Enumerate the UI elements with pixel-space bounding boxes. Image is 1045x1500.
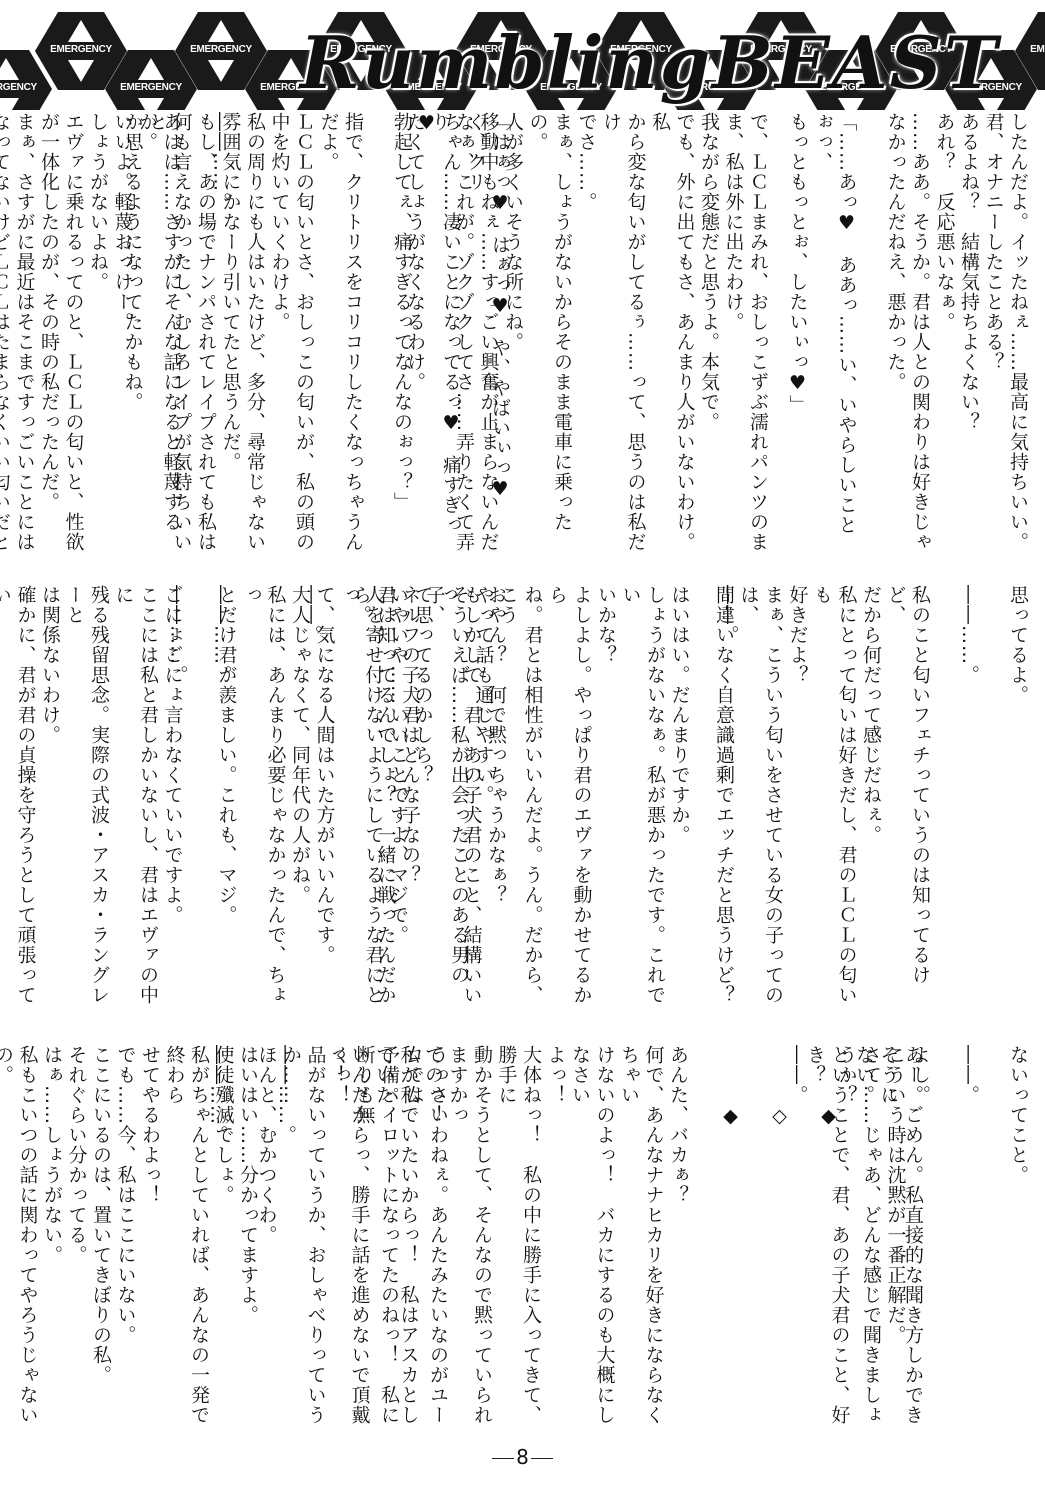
text-line: ないってこと。 — [1006, 1045, 1031, 1435]
text-line: でも……今、私はここにいない。 — [113, 1045, 138, 1435]
page-header-banner: EMERGENCYEMERGENCYEMERGENCYEMERGENCYEMER… — [0, 0, 1045, 110]
text-line — [932, 1045, 957, 1435]
text-line: ――。 — [300, 585, 325, 1005]
text-line: それぐらい分かってる。 — [64, 1045, 89, 1435]
page-number-dash-right — [531, 1458, 553, 1459]
emergency-label: EMERGENCY — [0, 82, 52, 93]
text-line: 君は知ってるんでしょ？ 一緒に戦ったんだから。 — [349, 585, 398, 1005]
page-title: RumblingBEAST — [300, 18, 1030, 108]
text-line: ここには私と君しかいないし、君はエヴァの中に — [111, 585, 160, 1005]
text-line: そういえば……私が出会ったことのある男の子、 — [422, 585, 471, 1005]
text-line: あんた、バカぁ？ — [666, 1045, 691, 1435]
text-band-middle: 思ってるよ。 ――……。 私のこと匂いフェチっていうのは知ってるけど、だから何だ… — [20, 585, 1030, 1005]
text-line — [324, 585, 349, 1005]
emergency-label: EMERGENCY — [35, 44, 127, 55]
text-line: しょうがないよね。 — [86, 112, 111, 552]
text-line: 私が私でいたいからっ！ 私はアスカとしていた — [372, 1045, 421, 1435]
text-column: ないってこと。 ――。 よし。こういう時は沈黙が一番正解だ。さて……じゃあ、どん… — [925, 1045, 1030, 1435]
text-line: もし、あの場でナンパされてレイプされても私は — [194, 112, 219, 552]
text-line — [981, 585, 1006, 1005]
text-line — [810, 1045, 835, 1435]
text-line: なぁ、これが。ゾクゾクしてさ……弄りたくて弄り — [427, 112, 476, 552]
text-line: はぁ……しょうがない。 — [40, 1045, 65, 1435]
text-line: でさ……。 — [574, 112, 599, 552]
text-line: 私には、あんまり必要じゃなかったんで、ちょっ — [239, 585, 288, 1005]
text-line: 残る残留思念。実際の式波・アスカ・ラングレーと — [62, 585, 111, 1005]
text-line: いんだからっ、勝手に話を進めないで頂戴っ！ — [323, 1045, 372, 1435]
text-line — [859, 112, 884, 552]
text-line: けないのよっ！ バカにするのも大概にしなさい — [568, 1045, 617, 1435]
triangle-up-icon — [0, 58, 19, 80]
text-line: 思ってるよ。 — [1006, 585, 1031, 1005]
triangle-down-icon — [138, 98, 164, 110]
triangle-up-icon — [68, 20, 94, 42]
text-line: で、ＬＣＬまみれ、おしっこずぶ濡れパンツのま — [746, 112, 771, 552]
text-line: ね。君とは相性がいいんだよ。うん。だから、こう — [496, 585, 545, 1005]
text-line: やって話も通じやすい。 — [471, 585, 496, 1005]
text-line: したんだよ。イッたねぇ……最高に気持ちいい。 — [1006, 112, 1031, 552]
text-line: まぁ、しょうがないからそのまま電車に乗ったの。 — [525, 112, 574, 552]
text-line: てのっ！ — [421, 1045, 446, 1435]
text-line: ネルフの子犬君はどんな子なの？ — [398, 585, 423, 1005]
text-line: 移動中もねぇ……すっごい興奮が止まらないんだ — [476, 112, 501, 552]
text-line — [743, 1045, 768, 1435]
text-line: 何も言えなかったし、むしろレイプが気持ちいいと — [145, 112, 194, 552]
text-line: しょうがないなぁ。私が悪かったです。これでい — [618, 585, 667, 1005]
emergency-label: EMERGENCY — [175, 44, 267, 55]
text-line: ――……。 — [165, 585, 190, 1005]
triangle-down-icon — [0, 98, 19, 110]
text-line: だよ。 — [316, 112, 341, 552]
text-line: あるよね？ 結構気持ちよくない？ — [957, 112, 982, 552]
text-line: ――。 — [957, 1045, 982, 1435]
text-line: が一体化したのが、その時の私だったんだ。 — [37, 112, 62, 552]
text-line: さて……じゃあ、どんな感じで聞きましょうか？ — [834, 1045, 883, 1435]
text-line: あれ？ 反応悪いなぁ。 — [932, 112, 957, 552]
text-line: 間違いなく自意識過剰でエッチだと思うけど？ — [712, 585, 737, 1005]
emergency-label: EMERGENCY — [105, 82, 197, 93]
text-column: あんた、バカぁ？何で、あんなナナヒカリを好きにならなくちゃいけないのよっ！ バカ… — [450, 1045, 690, 1435]
text-line: まぁ、こういう匂いをさせている女の子ってのは、 — [736, 585, 785, 1005]
text-line: 私もこいつの話に関わってやろうじゃないの。 — [0, 1045, 40, 1435]
text-line: よしよし。やっぱり君のエヴァを動かせてるから — [545, 585, 594, 1005]
text-line: なかったんだねえ、悪かった。 — [883, 112, 908, 552]
text-line: たくてしょうがなくなるわけ。 — [403, 112, 428, 552]
text-band-bottom: ないってこと。 ――。 よし。こういう時は沈黙が一番正解だ。さて……じゃあ、どん… — [20, 1045, 1030, 1435]
text-line: 大体ねっ！ 私の中に勝手に入ってきて、勝手に — [494, 1045, 543, 1435]
text-band-top: したんだよ。イッたねぇ……最高に気持ちいい。君、オナニーしたことある？あるよね？… — [20, 112, 1030, 552]
text-line: 雰囲気にかなーり引いてたと思うんだ。 — [218, 112, 243, 552]
text-line: だから何だって感じだねぇ。 — [859, 585, 884, 1005]
text-line — [981, 1045, 1006, 1435]
text-line: 君、オナニーしたことある？ — [981, 112, 1006, 552]
text-line: から変な匂いがしてるぅ……って、思うのは私だけ — [599, 112, 648, 552]
text-line: か思えるようになってたかもね。 — [120, 112, 145, 552]
text-line: 何で、あんなナナヒカリを好きにならなくちゃい — [617, 1045, 666, 1435]
page-number-value: 8 — [516, 1445, 529, 1469]
text-line: ここにいるのは、置いてきぼりの私。 — [89, 1045, 114, 1435]
page-number-dash-left — [492, 1458, 514, 1459]
text-line: とだけ君が羨ましい。これも、マジ。 — [214, 585, 239, 1005]
text-line: よし。 — [908, 1045, 933, 1435]
text-line: まぁ、さすがに最近はそこまですっごいことには — [12, 112, 37, 552]
triangle-up-icon — [138, 58, 164, 80]
text-line: 指で、クリトリスをコリコリしたくなっちゃうん — [341, 112, 366, 552]
text-line: せてやるわよっ！ — [138, 1045, 163, 1435]
text-line: こういう時は沈黙が一番正解だ。 — [883, 1045, 908, 1435]
text-line: なってないけどＬＣＬはたまらなくいい匂いだと — [0, 112, 12, 552]
text-line: エヴァに乗れるってのと、ＬＣＬの匂いと、性欲 — [61, 112, 86, 552]
text-column: したんだよ。イッたねぇ……最高に気持ちいい。君、オナニーしたことある？あるよね？… — [770, 112, 1030, 552]
text-line: でも、外に出てもさ、あんまり人がいないわけ。私 — [648, 112, 697, 552]
text-line: ＬＣＬの匂いとさ、おしっこの匂いが、私の頭の — [292, 112, 317, 552]
text-line — [365, 112, 390, 552]
text-line: 我ながら変態だと思うよ。本気で。 — [697, 112, 722, 552]
text-line: ……ああ。そうか。君は人との関わりは好きじゃ — [908, 112, 933, 552]
text-line: ◆ — [718, 1045, 743, 1435]
text-line: ま、私は外に出たわけ。 — [721, 112, 746, 552]
text-line: 中を灼いていくわけよ。 — [267, 112, 292, 552]
text-line — [230, 1045, 255, 1435]
text-line: もっともっとぉ、したいぃっ♥」 — [785, 112, 810, 552]
text-line: ――……。 — [205, 1045, 230, 1435]
page-number: 8 — [0, 1445, 1045, 1469]
text-line — [190, 585, 215, 1005]
text-line: ――……。 — [957, 585, 982, 1005]
triangle-up-icon — [208, 20, 234, 42]
text-line: ――。 — [785, 1045, 810, 1435]
text-column: で、ＬＣＬまみれ、おしっこずぶ濡れパンツのまま、私は外に出たわけ。我ながら変態だ… — [512, 112, 770, 552]
text-line — [932, 585, 957, 1005]
text-line: 私がちゃんとしていれば、あんなの一発で終わら — [162, 1045, 211, 1435]
text-line: 確かに、君が君の貞操を守ろうとして頑張ってい — [0, 585, 38, 1005]
text-line — [298, 1045, 323, 1435]
text-line: 好きだよ？ — [785, 585, 810, 1005]
text-line: 人が多くいそうな所にね。 — [501, 112, 526, 552]
text-line: ――……。 — [274, 1045, 299, 1435]
text-line: いかな？ — [594, 585, 619, 1005]
text-line: 「……あっ♥ ああっ……い、いやらしいことぉっ、 — [810, 112, 859, 552]
text-line: 私の周りにも人はいたけど、多分、尋常じゃない — [243, 112, 268, 552]
triangle-down-icon — [208, 60, 234, 82]
text-line: は関係ないわけ。 — [38, 585, 63, 1005]
text-column: 思ってるよ。 ――……。 私のこと匂いフェチっていうのは知ってるけど、だから何だ… — [765, 585, 1030, 1005]
triangle-down-icon — [68, 60, 94, 82]
text-line: はいはい。だんまりですか。 — [667, 585, 692, 1005]
text-line: 私のこと匂いフェチっていうのは知ってるけど、 — [883, 585, 932, 1005]
text-line: 私にとって匂いは好きだし、君のＬＣＬの匂いも — [810, 585, 859, 1005]
text-line: 動かそうとして、そんなので黙っていられますかっ — [445, 1045, 494, 1435]
text-line: よっ！ — [543, 1045, 568, 1435]
